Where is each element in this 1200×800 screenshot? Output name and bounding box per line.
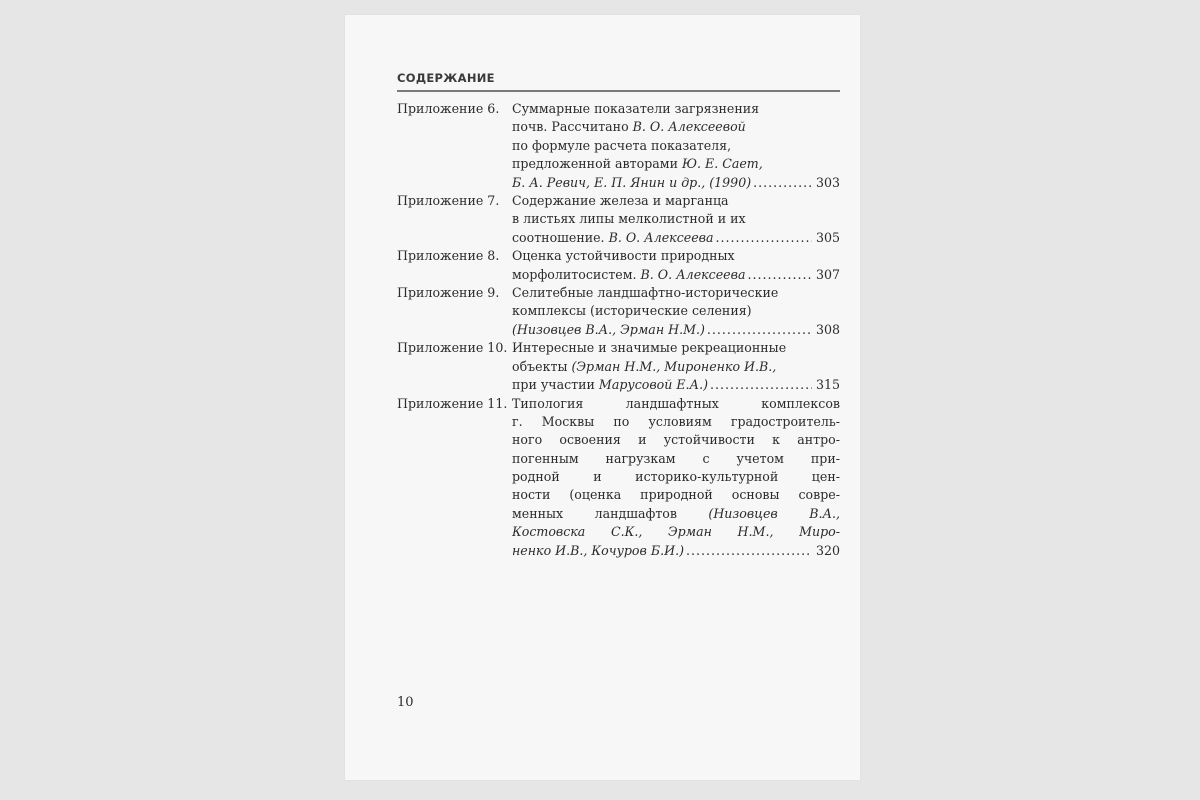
page-ref: 315 — [816, 376, 840, 394]
page-ref: 305 — [816, 229, 840, 247]
page-ref: 308 — [816, 321, 840, 339]
entry-line: Б. А. Ревич, Е. П. Янин и др., (1990) 30… — [512, 174, 840, 192]
entry-title: Содержание железа и марганца в листьях л… — [512, 192, 840, 247]
author-name: В. О. Алексеевой — [633, 119, 746, 134]
entry-line: Селитебные ландшафтно-исторические — [512, 284, 840, 302]
dot-leader — [753, 174, 812, 192]
dot-leader — [716, 229, 812, 247]
entry-line: ности (оценка природной основы совре- — [512, 486, 840, 504]
page-ref: 303 — [816, 174, 840, 192]
table-of-contents: Приложение 6. Суммарные показатели загря… — [397, 100, 840, 560]
entry-title: Оценка устойчивости природных морфолитос… — [512, 247, 840, 284]
entry-line: менных ландшафтов (Низовцев В.А., — [512, 505, 840, 523]
entry-line: соотношение. В. О. Алексеева 305 — [512, 229, 840, 247]
toc-entry-appendix-9[interactable]: Приложение 9. Селитебные ландшафтно-исто… — [397, 284, 840, 339]
entry-title: Суммарные показатели загрязнения почв. Р… — [512, 100, 840, 192]
entry-line: Типология ландшафтных комплексов — [512, 395, 840, 413]
dot-leader — [707, 321, 812, 339]
page-ref: 307 — [816, 266, 840, 284]
entry-line: предложенной авторами Ю. Е. Сает, — [512, 155, 840, 173]
entry-line: Содержание железа и марганца — [512, 192, 840, 210]
toc-entry-appendix-8[interactable]: Приложение 8. Оценка устойчивости природ… — [397, 247, 840, 284]
header-rule — [397, 90, 840, 92]
entry-label: Приложение 7. — [397, 192, 512, 247]
entry-line: комплексы (исторические селения) — [512, 302, 840, 320]
toc-entry-appendix-11[interactable]: Приложение 11. Типология ландшафтных ком… — [397, 395, 840, 561]
entry-line: Интересные и значимые рекреационные — [512, 339, 840, 357]
page-ref: 320 — [816, 542, 840, 560]
author-name: (Эрман Н.М., Мироненко И.В., — [572, 359, 777, 374]
entry-line: по формуле расчета показателя, — [512, 137, 840, 155]
author-name: В. О. Алексеева — [609, 230, 714, 245]
entry-label: Приложение 8. — [397, 247, 512, 284]
entry-line: почв. Рассчитано В. О. Алексеевой — [512, 118, 840, 136]
author-name: Б. А. Ревич, Е. П. Янин и др., (1990) — [512, 174, 751, 192]
entry-label: Приложение 11. — [397, 395, 512, 561]
page-number: 10 — [397, 695, 414, 710]
entry-title: Селитебные ландшафтно-исторические компл… — [512, 284, 840, 339]
dot-leader — [747, 266, 811, 284]
toc-entry-appendix-7[interactable]: Приложение 7. Содержание железа и марган… — [397, 192, 840, 247]
entry-title: Интересные и значимые рекреационные объе… — [512, 339, 840, 394]
dot-leader — [710, 376, 812, 394]
author-name: Костовска С.К., Эрман Н.М., Миро- — [512, 524, 840, 539]
running-head: СОДЕРЖАНИЕ — [397, 71, 495, 85]
entry-label: Приложение 6. — [397, 100, 512, 192]
entry-line: объекты (Эрман Н.М., Мироненко И.В., — [512, 358, 840, 376]
entry-line: Суммарные показатели загрязнения — [512, 100, 840, 118]
entry-line: Костовска С.К., Эрман Н.М., Миро- — [512, 523, 840, 541]
author-name: Ю. Е. Сает, — [682, 156, 763, 171]
entry-line: ного освоения и устойчивости к антро- — [512, 431, 840, 449]
dot-leader — [686, 542, 812, 560]
entry-label: Приложение 10. — [397, 339, 512, 394]
author-name: (Низовцев В.А., — [708, 506, 840, 521]
entry-line: в листьях липы мелколистной и их — [512, 210, 840, 228]
entry-line: (Низовцев В.А., Эрман Н.М.) 308 — [512, 321, 840, 339]
toc-entry-appendix-10[interactable]: Приложение 10. Интересные и значимые рек… — [397, 339, 840, 394]
entry-label: Приложение 9. — [397, 284, 512, 339]
entry-line: при участии Марусовой Е.А.) 315 — [512, 376, 840, 394]
entry-line: ненко И.В., Кочуров Б.И.) 320 — [512, 542, 840, 560]
toc-entry-appendix-6[interactable]: Приложение 6. Суммарные показатели загря… — [397, 100, 840, 192]
entry-line: родной и историко-культурной цен- — [512, 468, 840, 486]
author-name: В. О. Алексеева — [641, 267, 746, 282]
entry-line: погенным нагрузкам с учетом при- — [512, 450, 840, 468]
author-name: Марусовой Е.А.) — [599, 377, 708, 392]
author-name: ненко И.В., Кочуров Б.И.) — [512, 542, 684, 560]
entry-line: г. Москвы по условиям градостроитель- — [512, 413, 840, 431]
entry-title: Типология ландшафтных комплексов г. Моск… — [512, 395, 840, 561]
book-page: СОДЕРЖАНИЕ Приложение 6. Суммарные показ… — [345, 15, 860, 780]
entry-line: морфолитосистем. В. О. Алексеева 307 — [512, 266, 840, 284]
author-name: (Низовцев В.А., Эрман Н.М.) — [512, 321, 705, 339]
entry-line: Оценка устойчивости природных — [512, 247, 840, 265]
